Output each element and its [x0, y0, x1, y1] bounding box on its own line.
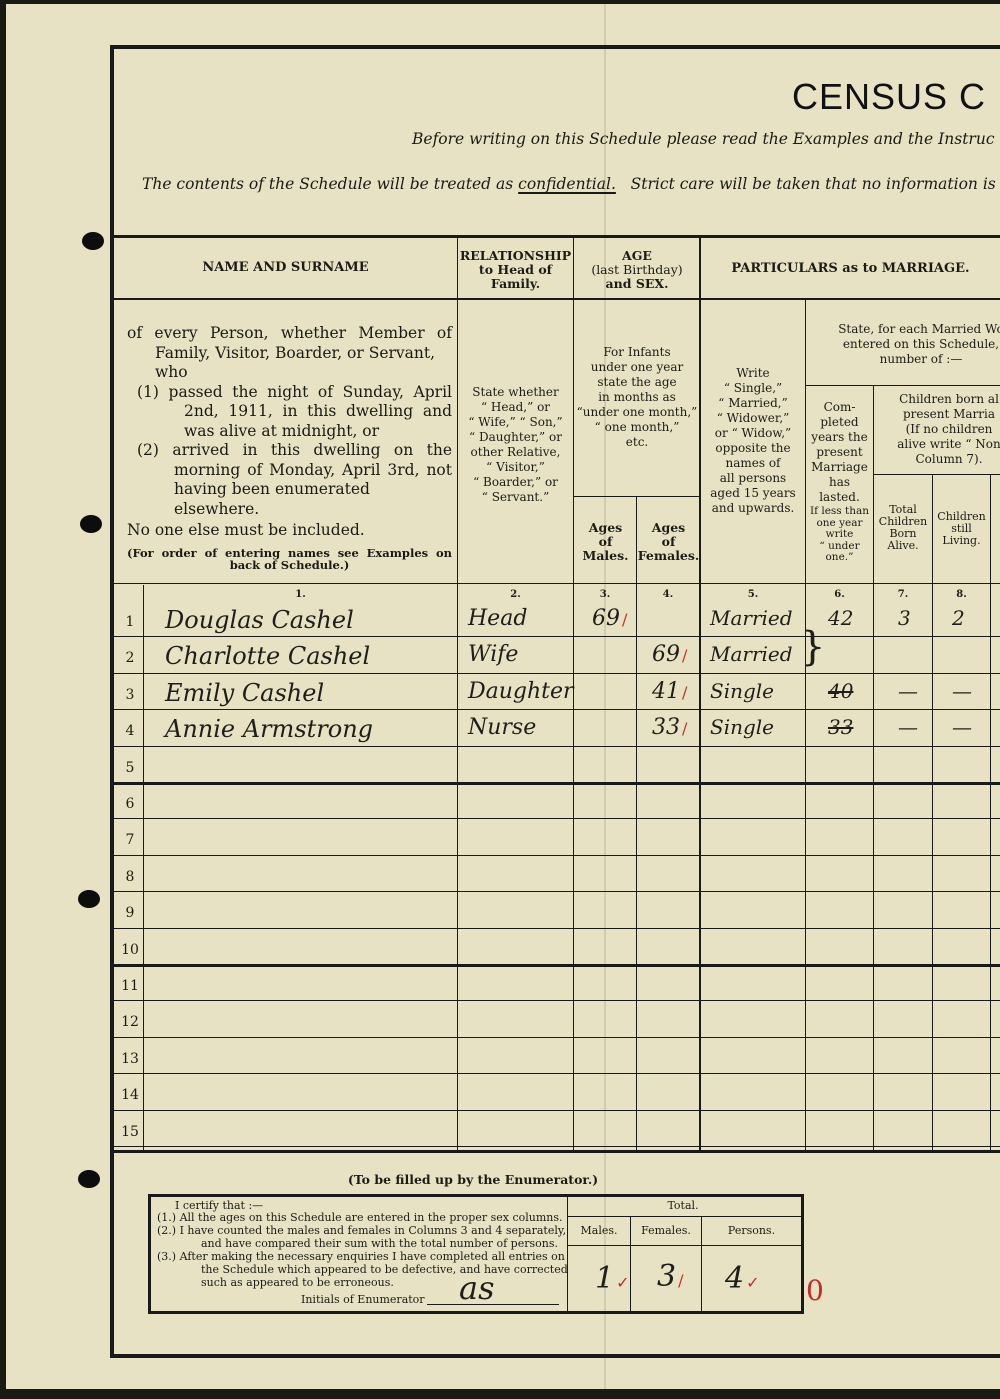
cell-value: Married [710, 642, 793, 666]
cell-marriage: Single [710, 679, 774, 703]
header-line: alive write “ Non [874, 437, 1000, 452]
header-line: “ Wife,” “ Son,” [458, 415, 573, 430]
cell-value: Charlotte Cashel [165, 642, 370, 670]
header-line: pleted [806, 415, 873, 430]
header-line: of [574, 535, 637, 549]
header-line: in months as [574, 390, 700, 405]
row-number: 2 [118, 650, 142, 666]
totals-divider [567, 1197, 568, 1311]
header-line: Com- [806, 400, 873, 415]
header-line: Males. [574, 549, 637, 563]
check-mark-icon: / [678, 1271, 683, 1290]
males-total-label: Males. [568, 1225, 630, 1238]
col-divider [990, 474, 991, 1150]
table-bottom-rule [114, 1150, 1000, 1153]
header-line: Alive. [874, 540, 932, 552]
header-line: and SEX. [574, 277, 700, 291]
header-line: AGE [574, 249, 700, 263]
cell-years: 40 [828, 679, 853, 703]
cell-value: 33 [652, 715, 680, 740]
cell-value: Annie Armstrong [165, 715, 373, 743]
cell-age-female: 33/ [652, 715, 687, 740]
row-rule [114, 964, 1000, 967]
column-number: 3. [574, 589, 636, 600]
header-line: years the [806, 430, 873, 445]
header-line: If less than [806, 506, 873, 518]
certify-line: such as appeared to be erroneous. [201, 1277, 394, 1290]
header-line: other Relative, [458, 445, 573, 460]
males-total-value: 1✓ [595, 1261, 630, 1296]
row-rule [114, 673, 1000, 674]
cell-marriage: Single [710, 715, 774, 739]
total-value: 3 [657, 1259, 676, 1294]
certify-line: (2.) I have counted the males and female… [157, 1225, 566, 1238]
desc-line: who [127, 363, 452, 383]
totals-rule [568, 1216, 801, 1217]
marital-status-description: Write“ Single,”“ Married,”“ Widower,”or … [701, 366, 805, 516]
cell-relationship: Nurse [468, 715, 536, 740]
punch-hole [78, 1170, 100, 1188]
cell-relationship: Wife [468, 642, 518, 667]
cell-relationship: Daughter [468, 679, 574, 704]
relationship-description: State whether“ Head,” or“ Wife,” “ Son,”… [458, 385, 573, 505]
desc-line: back of Schedule.) [127, 559, 452, 571]
row-rule [114, 891, 1000, 892]
column-number: 8. [933, 589, 990, 600]
name-column-header: NAME AND SURNAME [114, 261, 457, 275]
column-number: 5. [701, 589, 805, 600]
cell-age-female: 41/ [652, 679, 687, 704]
cell-value: Daughter [468, 679, 574, 704]
row-number: 10 [118, 942, 142, 958]
cell-born: — [898, 715, 918, 739]
certify-line: (1.) All the ages on this Schedule are e… [157, 1212, 563, 1225]
header-subdivider [874, 474, 1000, 475]
check-mark-icon: ✓ [616, 1273, 629, 1292]
row-number: 15 [118, 1124, 142, 1140]
row-rule [114, 1073, 1000, 1074]
header-line: For Infants [574, 345, 700, 360]
enumerator-heading: (To be filled up by the Enumerator.) [148, 1172, 798, 1187]
desc-line: (1) passed the night of Sunday, April [127, 383, 452, 403]
cell-value: Emily Cashel [165, 679, 324, 707]
header-line: “under one month,” [574, 405, 700, 420]
age-description: For Infantsunder one yearstate the agein… [574, 345, 700, 450]
header-line: one.” [806, 552, 873, 564]
header-line: present Marria [874, 407, 1000, 422]
header-line: etc. [574, 435, 700, 450]
row-number: 5 [118, 760, 142, 776]
col-divider [457, 237, 458, 1150]
cell-marriage: Married [710, 642, 793, 666]
total-value: 4 [725, 1261, 744, 1296]
row-rule [114, 636, 1000, 637]
row-rule [114, 855, 1000, 856]
totals-rule [568, 1245, 801, 1246]
enumerator-certification-box: I certify that :— (1.) All the ages on t… [148, 1194, 804, 1314]
column-number: 6. [806, 589, 873, 600]
cell-years: 42 [828, 606, 853, 630]
row-number-divider [143, 585, 144, 1150]
header-line: has [806, 475, 873, 490]
header-line: write [806, 529, 873, 541]
column-number: 7. [874, 589, 932, 600]
check-mark-icon: / [682, 646, 687, 665]
row-rule [114, 709, 1000, 710]
instruction-line: Before writing on this Schedule please r… [412, 130, 995, 148]
header-line: Column 7). [874, 452, 1000, 467]
cell-name: Douglas Cashel [165, 606, 354, 634]
header-line: present [806, 445, 873, 460]
header-line: Ages [574, 521, 637, 535]
header-line: “ Servant.” [458, 490, 573, 505]
header-line: State whether [458, 385, 573, 400]
total-label: Total. [568, 1200, 798, 1213]
header-line: (If no children [874, 422, 1000, 437]
header-line: of [637, 535, 700, 549]
enumerator-initials: as [459, 1269, 495, 1307]
row-rule [114, 1146, 1000, 1147]
desc-line: was alive at midnight, or [127, 422, 452, 442]
header-line: Ages [637, 521, 700, 535]
header-divider [114, 298, 1000, 300]
header-line: number of :— [806, 352, 1000, 367]
header-line: State, for each Married Wo [806, 322, 1000, 337]
header-line: “ one month,” [574, 420, 700, 435]
certify-line: the Schedule which appeared to be defect… [201, 1264, 568, 1277]
punch-hole [80, 515, 102, 533]
totals-divider [701, 1217, 702, 1311]
header-line: entered on this Schedule, [806, 337, 1000, 352]
punch-hole [78, 890, 100, 908]
header-line: or “ Widow,” [701, 426, 805, 441]
row-rule [114, 1000, 1000, 1001]
females-total-label: Females. [631, 1225, 701, 1238]
cell-value: 69 [652, 642, 680, 667]
row-number: 7 [118, 832, 142, 848]
cell-value: 33 [828, 715, 853, 739]
row-rule [114, 1037, 1000, 1038]
total-value: 1 [595, 1261, 614, 1296]
married-women-description: State, for each Married Woentered on thi… [806, 322, 1000, 367]
marriage-column-header: PARTICULARS as to MARRIAGE. [701, 262, 1000, 276]
ages-of-females-label: AgesofFemales. [637, 521, 700, 563]
females-total-value: 3/ [657, 1259, 683, 1294]
desc-line: (For order of entering names see Example… [127, 547, 452, 559]
certify-line: and have compared their sum with the tot… [201, 1238, 558, 1251]
cell-value: Married [710, 606, 793, 630]
row-number: 3 [118, 687, 142, 703]
row-number: 4 [118, 723, 142, 739]
col-divider [873, 385, 874, 1150]
ages-of-males-label: AgesofMales. [574, 521, 637, 563]
header-line: Family. [458, 277, 573, 291]
column-number: 4. [637, 589, 699, 600]
header-line: state the age [574, 375, 700, 390]
cell-value: 40 [828, 679, 853, 703]
cell-relationship: Head [468, 606, 527, 631]
check-mark-icon: ✓ [746, 1273, 759, 1292]
column-number: 1. [144, 589, 457, 600]
initials-label: Initials of Enumerator [301, 1294, 425, 1307]
confidentiality-notice: The contents of the Schedule will be tre… [142, 175, 996, 193]
children-living-label: ChildrenstillLiving. [933, 511, 990, 547]
header-line: under one year [574, 360, 700, 375]
cell-value: 3 [898, 606, 911, 630]
header-line: names of [701, 456, 805, 471]
row-number: 1 [118, 614, 142, 630]
row-rule [114, 1110, 1000, 1111]
row-number: 11 [118, 978, 142, 994]
header-line: Marriage [806, 460, 873, 475]
desc-line: morning of Monday, April 3rd, not [127, 461, 452, 481]
desc-line: No one else must be included. [127, 521, 452, 541]
row-number: 8 [118, 869, 142, 885]
row-rule [114, 782, 1000, 785]
desc-line: of every Person, whether Member of [127, 324, 452, 344]
table-top-rule [114, 235, 1000, 238]
cell-value: 41 [652, 679, 680, 704]
row-number: 14 [118, 1087, 142, 1103]
cell-value: 42 [828, 606, 853, 630]
cell-name: Annie Armstrong [165, 715, 373, 743]
header-subdivider [574, 496, 700, 497]
header-line: “ Daughter,” or [458, 430, 573, 445]
marriage-years-description: Com-pletedyears thepresentMarriagehaslas… [806, 400, 873, 505]
confidential-word: confidential. [518, 175, 616, 193]
header-line: Children born al [874, 392, 1000, 407]
header-line: lasted. [806, 490, 873, 505]
cell-born: 3 [898, 606, 911, 630]
header-line: “ Married,” [701, 396, 805, 411]
cell-value: Douglas Cashel [165, 606, 354, 634]
notice-suffix: Strict care will be taken that no inform… [631, 175, 996, 193]
certify-line: (3.) After making the necessary enquirie… [157, 1251, 565, 1264]
row-rule [114, 818, 1000, 819]
cell-value: Head [468, 606, 527, 631]
relationship-column-header: RELATIONSHIP to Head of Family. [458, 249, 573, 291]
cell-value: Wife [468, 642, 518, 667]
cell-value: — [952, 679, 972, 703]
header-line: (last Birthday) [574, 263, 700, 277]
cell-value: Single [710, 679, 774, 703]
header-line: “ Head,” or [458, 400, 573, 415]
cell-age-male: 69/ [592, 606, 627, 631]
check-mark-icon: / [682, 719, 687, 738]
header-line: aged 15 years [701, 486, 805, 501]
cell-value: 2 [952, 606, 965, 630]
notice-prefix: The contents of the Schedule will be tre… [142, 175, 518, 193]
header-line: Write [701, 366, 805, 381]
header-line: “ Single,” [701, 381, 805, 396]
header-line: Females. [637, 549, 700, 563]
row-rule [114, 746, 1000, 747]
cell-value: — [898, 679, 918, 703]
header-subdivider [806, 385, 1000, 386]
row-number: 12 [118, 1014, 142, 1030]
brace-mark: } [800, 624, 825, 670]
row-number: 13 [118, 1051, 142, 1067]
cell-value: — [952, 715, 972, 739]
header-line: and upwards. [701, 501, 805, 516]
total-children-born-label: TotalChildrenBornAlive. [874, 504, 932, 552]
column-number: 2. [458, 589, 573, 600]
row-rule [114, 928, 1000, 929]
header-line: “ Widower,” [701, 411, 805, 426]
cell-value: 69 [592, 606, 620, 631]
cell-value: Single [710, 715, 774, 739]
persons-total-value: 4✓ [725, 1261, 760, 1296]
header-line: RELATIONSHIP [458, 249, 573, 263]
totals-divider [630, 1217, 631, 1311]
cell-years: 33 [828, 715, 853, 739]
header-line: Living. [933, 535, 990, 547]
desc-line: Family, Visitor, Boarder, or Servant, [127, 344, 452, 364]
punch-hole [82, 232, 104, 250]
header-line: “ Boarder,” or [458, 475, 573, 490]
cell-name: Emily Cashel [165, 679, 324, 707]
cell-marriage: Married [710, 606, 793, 630]
cell-age-female: 69/ [652, 642, 687, 667]
cell-living: — [952, 679, 972, 703]
form-title: CENSUS C [792, 76, 986, 118]
header-line: all persons [701, 471, 805, 486]
red-margin-mark: 0 [806, 1274, 824, 1307]
header-line: opposite the [701, 441, 805, 456]
cell-living: 2 [952, 606, 965, 630]
header-bottom-rule [114, 583, 1000, 584]
header-line: to Head of [458, 263, 573, 277]
persons-total-label: Persons. [702, 1225, 801, 1238]
children-description: Children born alpresent Marria(If no chi… [874, 392, 1000, 467]
col-divider [932, 474, 933, 1150]
row-number: 9 [118, 905, 142, 921]
desc-line: having been enumerated elsewhere. [127, 480, 452, 519]
age-column-header: AGE (last Birthday) and SEX. [574, 249, 700, 291]
desc-line: 2nd, 1911, in this dwelling and [127, 402, 452, 422]
header-line: “ Visitor,” [458, 460, 573, 475]
cell-value: Nurse [468, 715, 536, 740]
cell-name: Charlotte Cashel [165, 642, 370, 670]
name-column-description: of every Person, whether Member of Famil… [127, 324, 452, 571]
check-mark-icon: / [682, 683, 687, 702]
row-number: 6 [118, 796, 142, 812]
desc-line: (2) arrived in this dwelling on the [127, 441, 452, 461]
marriage-years-note: If less thanone yearwrite“ underone.” [806, 506, 873, 564]
cell-value: — [898, 715, 918, 739]
cell-living: — [952, 715, 972, 739]
cell-born: — [898, 679, 918, 703]
check-mark-icon: / [622, 610, 627, 629]
